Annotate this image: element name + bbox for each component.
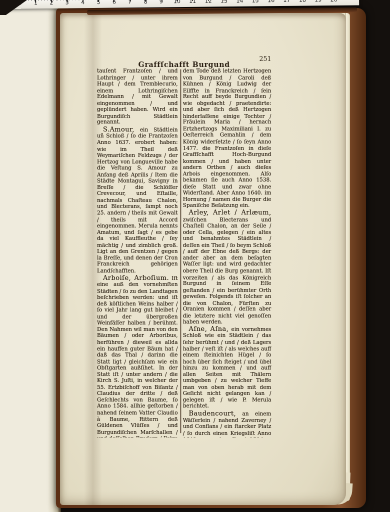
ruler-number: 1 [28, 1, 44, 7]
entry-lead: Aſne, Aſna, [189, 325, 229, 333]
entry-text: ein vornehmes Schloß wie ein Städtlein /… [183, 327, 271, 410]
entry-text: zwiſchen Blecterans und Chaſtell Chalon,… [183, 217, 271, 326]
entry-lead: Baudencourt, [189, 409, 236, 417]
entry-arbois: Arboiſe, Arboſium. Iſt eine auß den vorn… [97, 275, 178, 438]
running-header: Graffſchafft Burgund 251 [97, 54, 271, 64]
ruler-number: 10 [169, 0, 185, 5]
ruler-number: 15 [248, 0, 264, 4]
ruler-number: 2 [44, 0, 60, 6]
entry-lead: S.Amour, [103, 125, 135, 133]
entry-s-amour: S.Amour, ein Städtlein uñ Schloß / ſo di… [97, 126, 178, 274]
ruler-number: 3 [59, 0, 75, 6]
entry-text: ein Städtlein uñ Schloß / ſo die Frantzo… [97, 127, 178, 274]
entry-lead: Arboiſe, Arboſium. [103, 274, 169, 282]
ruler-number: 17 [279, 0, 295, 4]
entry-baudencourt: Baudencourt, an einem Wäſſerlein / nahen… [183, 410, 271, 437]
print-area: Graffſchafft Burgund 251 tauſent Frantzo… [97, 54, 271, 437]
entry-asne: Aſne, Aſna, ein vornehmes Schloß wie ein… [183, 326, 271, 410]
ruler-number: 11 [185, 0, 201, 5]
entry-text: Iſt eine auß den vornehmſten Städten / ſ… [97, 275, 178, 437]
ruler-number: 9 [153, 0, 169, 5]
paragraph: tauſent Frantzoſen / und Lothringer / un… [97, 68, 178, 126]
ruler-number: 4 [75, 0, 91, 6]
text-column-left: tauſent Frantzoſen / und Lothringer / un… [97, 68, 178, 437]
page-title: Graffſchafft Burgund [138, 60, 230, 68]
ruler-number: 20 [326, 0, 342, 4]
ruler-number: 6 [106, 0, 122, 6]
page-number: 251 [259, 55, 271, 63]
facing-page-edge [0, 5, 61, 512]
book-scan: Graffſchafft Burgund 251 tauſent Frantzo… [0, 0, 390, 512]
text-column-right: dem Tode deß letzten Hertzogen von Burgu… [183, 68, 271, 437]
column-divider-rule [180, 69, 181, 433]
ruler-number: 14 [232, 0, 248, 5]
paragraph: dem Tode deß letzten Hertzogen von Burgu… [183, 68, 271, 209]
book-page: Graffſchafft Burgund 251 tauſent Frantzo… [60, 13, 346, 505]
ruler-numbers: 0 1 2 3 4 5 6 7 8 9 10 11 12 13 14 15 16… [12, 0, 341, 7]
ruler-number: 18 [295, 0, 311, 4]
text-columns: tauſent Frantzoſen / und Lothringer / un… [97, 68, 271, 437]
ruler-number: 8 [138, 0, 154, 6]
ruler-number: 19 [310, 0, 326, 4]
ruler-number: 13 [216, 0, 232, 5]
ruler-number: 12 [200, 0, 216, 5]
entry-lead: Arley, Arlet / Arlæum, [189, 209, 271, 217]
ruler-number: 5 [91, 0, 107, 6]
ruler-number: 16 [263, 0, 279, 4]
ruler-number: 7 [122, 0, 138, 6]
entry-arley: Arley, Arlet / Arlæum, zwiſchen Blectera… [183, 210, 271, 326]
